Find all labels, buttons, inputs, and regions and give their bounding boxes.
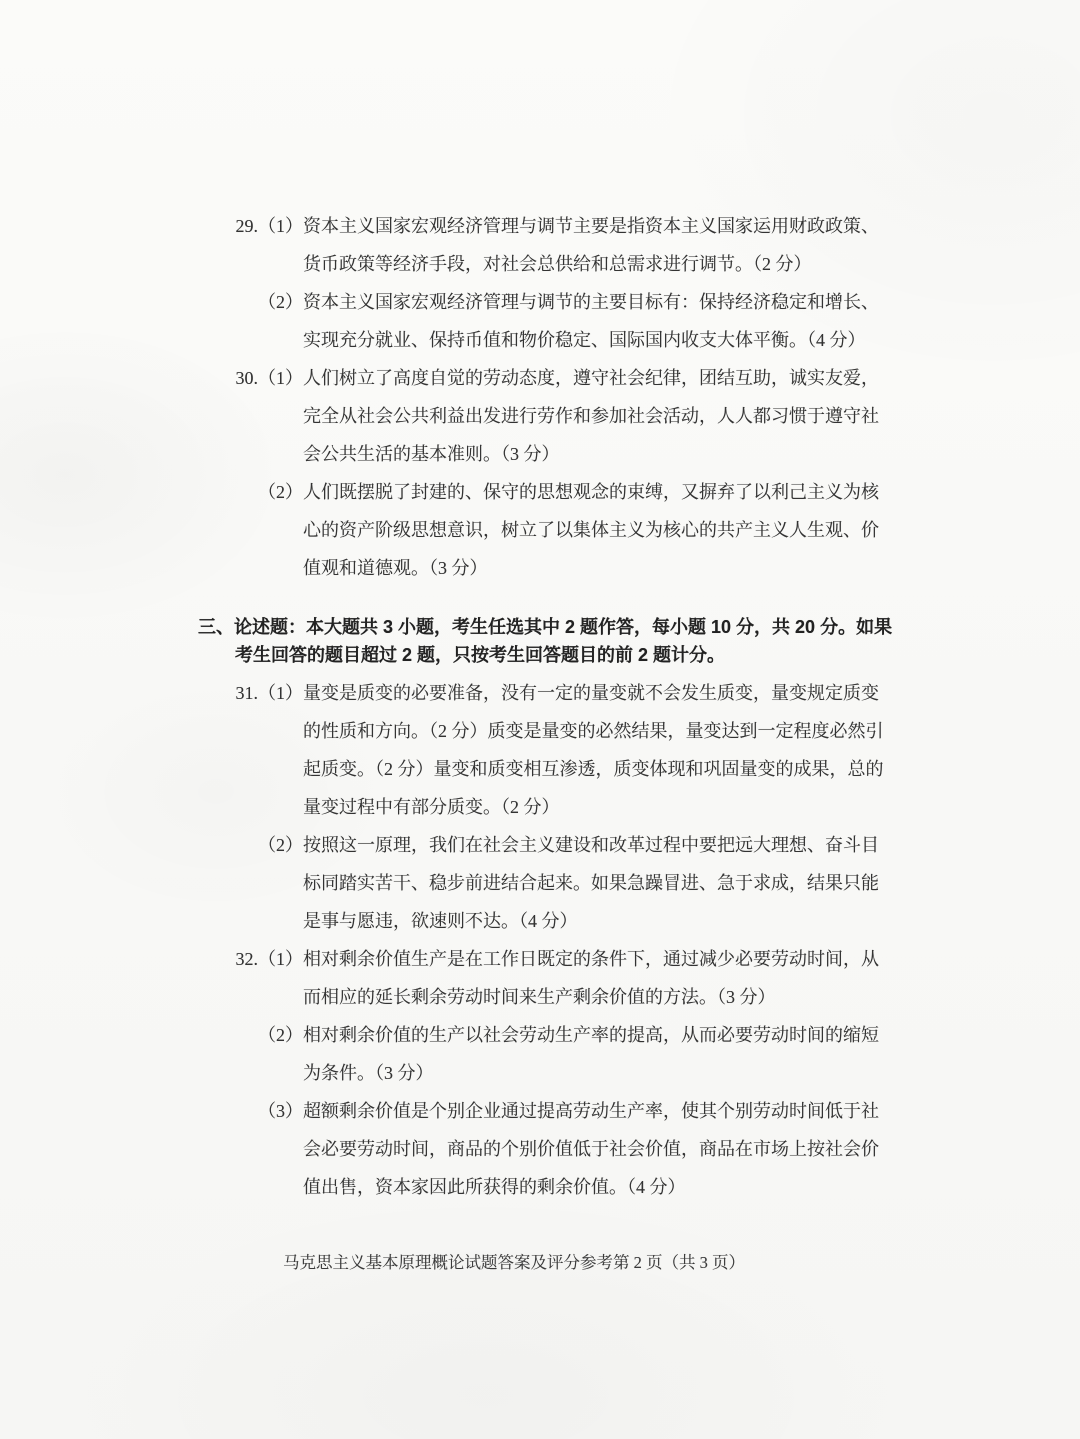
question-part-marker: 31.（1） [236,674,304,712]
answer-line: 32.（1）相对剩余价值生产是在工作日既定的条件下，通过减少必要劳动时间，从 [303,940,883,978]
answer-text: 量变是质变的必要准备，没有一定的量变就不会发生质变，量变规定质变 [303,683,879,703]
answer-line: 会必要劳动时间，商品的个别价值低于社会价值，商品在市场上按社会价 [303,1130,883,1168]
scanned-exam-answer-page: 29.（1）资本主义国家宏观经济管理与调节主要是指资本主义国家运用财政政策、 货… [0,0,1080,1439]
section-number: 三、 [198,617,234,637]
question-part-marker: 29.（1） [236,207,304,245]
answer-line: 会公共生活的基本准则。（3 分） [303,435,883,473]
answer-line: 29.（1）资本主义国家宏观经济管理与调节主要是指资本主义国家运用财政政策、 [303,207,883,245]
answer-line: 完全从社会公共利益出发进行劳作和参加社会活动，人人都习惯于遵守社 [303,397,883,435]
answer-block-32-3: （3）超额剩余价值是个别企业通过提高劳动生产率，使其个别劳动时间低于社 会必要劳… [303,1092,883,1206]
question-part-marker: （3） [258,1092,303,1130]
question-part-marker: （2） [258,283,303,321]
answer-line: 值出售，资本家因此所获得的剩余价值。（4 分） [303,1168,883,1206]
answer-line: 为条件。（3 分） [303,1054,883,1092]
page-content: 29.（1）资本主义国家宏观经济管理与调节主要是指资本主义国家运用财政政策、 货… [303,0,883,1206]
page-footer: 马克思主义基本原理概论试题答案及评分参考第 2 页（共 3 页） [283,1253,745,1273]
question-part-marker: 30.（1） [236,359,304,397]
answer-text: 人们树立了高度自觉的劳动态度，遵守社会纪律，团结互助，诚实友爱， [303,368,879,388]
answer-block-30-2: （2）人们既摆脱了封建的、保守的思想观念的束缚，又摒弃了以利己主义为核 心的资产… [303,473,883,587]
answer-line: 而相应的延长剩余劳动时间来生产剩余价值的方法。（3 分） [303,978,883,1016]
answer-line: （2）人们既摆脱了封建的、保守的思想观念的束缚，又摒弃了以利己主义为核 [303,473,883,511]
answer-text: 相对剩余价值的生产以社会劳动生产率的提高，从而必要劳动时间的缩短 [303,1025,879,1045]
answer-line: （2）资本主义国家宏观经济管理与调节的主要目标有：保持经济稳定和增长、 [303,283,883,321]
answer-block-31-2: （2）按照这一原理，我们在社会主义建设和改革过程中要把远大理想、奋斗目 标同踏实… [303,826,883,940]
question-part-marker: 32.（1） [236,940,304,978]
section-heading-line: 考生回答的题目超过 2 题，只按考生回答题目的前 2 题计分。 [198,641,884,669]
answer-line: 值观和道德观。（3 分） [303,549,883,587]
answer-text: 超额剩余价值是个别企业通过提高劳动生产率，使其个别劳动时间低于社 [303,1101,879,1121]
answer-block-32-1: 32.（1）相对剩余价值生产是在工作日既定的条件下，通过减少必要劳动时间，从 而… [303,940,883,1016]
answer-line: （3）超额剩余价值是个别企业通过提高劳动生产率，使其个别劳动时间低于社 [303,1092,883,1130]
question-part-marker: （2） [258,1016,303,1054]
answer-block-31-1: 31.（1）量变是质变的必要准备，没有一定的量变就不会发生质变，量变规定质变 的… [303,674,883,826]
answer-block-29-2: （2）资本主义国家宏观经济管理与调节的主要目标有：保持经济稳定和增长、 实现充分… [303,283,883,359]
section-heading-line: 三、论述题：本大题共 3 小题，考生任选其中 2 题作答，每小题 10 分，共 … [198,613,884,641]
answer-line: 的性质和方向。（2 分）质变是量变的必然结果，量变达到一定程度必然引 [303,712,883,750]
answer-line: 标同踏实苦干、稳步前进结合起来。如果急躁冒进、急于求成，结果只能 [303,864,883,902]
answer-line: 30.（1）人们树立了高度自觉的劳动态度，遵守社会纪律，团结互助，诚实友爱， [303,359,883,397]
answer-block-29-1: 29.（1）资本主义国家宏观经济管理与调节主要是指资本主义国家运用财政政策、 货… [303,207,883,283]
answer-line: 是事与愿违，欲速则不达。（4 分） [303,902,883,940]
answer-line: （2）按照这一原理，我们在社会主义建设和改革过程中要把远大理想、奋斗目 [303,826,883,864]
answer-line: 心的资产阶级思想意识，树立了以集体主义为核心的共产主义人生观、价 [303,511,883,549]
answer-text: 资本主义国家宏观经济管理与调节的主要目标有：保持经济稳定和增长、 [303,292,879,312]
answer-line: （2）相对剩余价值的生产以社会劳动生产率的提高，从而必要劳动时间的缩短 [303,1016,883,1054]
answer-line: 起质变。（2 分）量变和质变相互渗透，质变体现和巩固量变的成果，总的 [303,750,883,788]
answer-line: 量变过程中有部分质变。（2 分） [303,788,883,826]
question-part-marker: （2） [258,473,303,511]
answer-text: 资本主义国家宏观经济管理与调节主要是指资本主义国家运用财政政策、 [303,216,879,236]
answer-line: 货币政策等经济手段，对社会总供给和总需求进行调节。（2 分） [303,245,883,283]
answer-text: 相对剩余价值生产是在工作日既定的条件下，通过减少必要劳动时间，从 [303,949,879,969]
question-part-marker: （2） [258,826,303,864]
answer-block-30-1: 30.（1）人们树立了高度自觉的劳动态度，遵守社会纪律，团结互助，诚实友爱， 完… [303,359,883,473]
answer-text: 人们既摆脱了封建的、保守的思想观念的束缚，又摒弃了以利己主义为核 [303,482,879,502]
answer-line: 实现充分就业、保持币值和物价稳定、国际国内收支大体平衡。（4 分） [303,321,883,359]
section-heading-essay-questions: 三、论述题：本大题共 3 小题，考生任选其中 2 题作答，每小题 10 分，共 … [198,613,884,669]
answer-line: 31.（1）量变是质变的必要准备，没有一定的量变就不会发生质变，量变规定质变 [303,674,883,712]
answer-block-32-2: （2）相对剩余价值的生产以社会劳动生产率的提高，从而必要劳动时间的缩短 为条件。… [303,1016,883,1092]
section-heading-text: 论述题：本大题共 3 小题，考生任选其中 2 题作答，每小题 10 分，共 20… [234,617,892,637]
answer-text: 按照这一原理，我们在社会主义建设和改革过程中要把远大理想、奋斗目 [303,835,879,855]
